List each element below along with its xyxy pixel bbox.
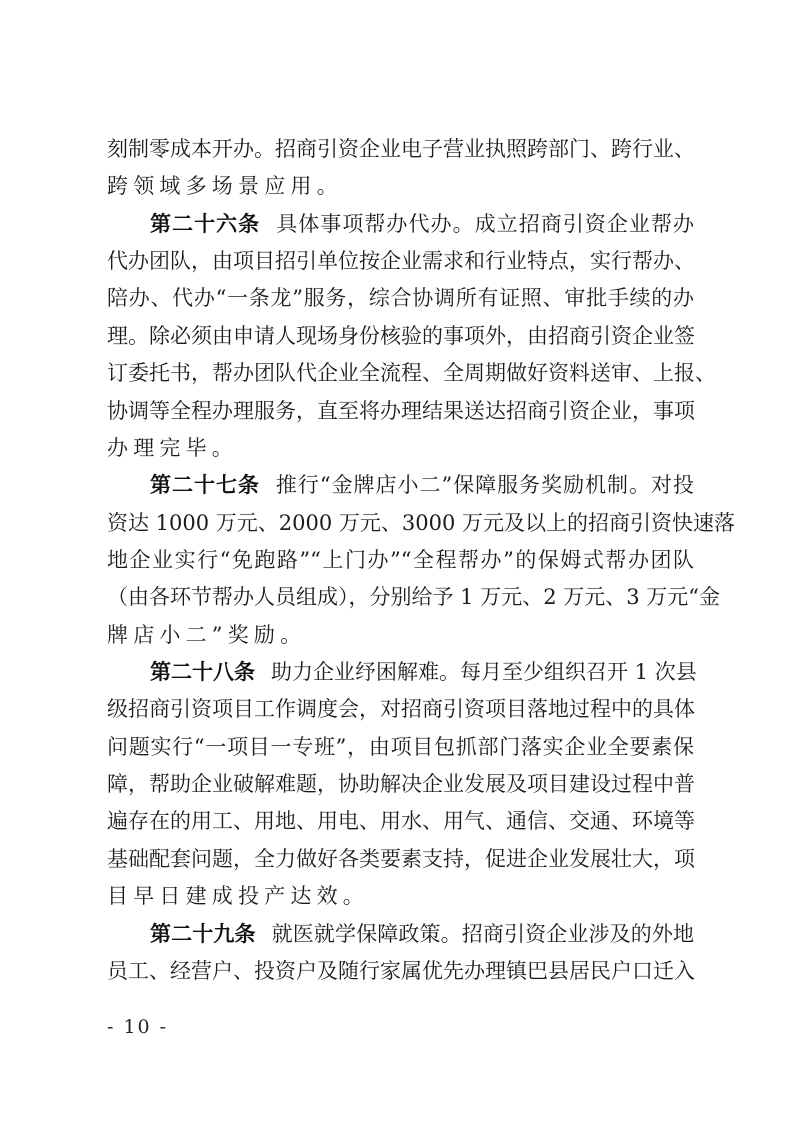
text-line: 目早日建成投产达效。 [107,878,694,915]
article-29-first-line: 第二十九条就医就学保障政策。招商引资企业涉及的外地 [107,916,694,953]
text-line: 问题实行“一项目一专班”，由项目包抓部门落实企业全要素保 [107,729,694,766]
article-27-first-line: 第二十七条推行“金牌店小二”保障服务奖励机制。对投 [107,467,694,504]
text-line: 遍存在的用工、用地、用电、用水、用气、通信、交通、环境等 [107,803,694,840]
article-26-first-line: 第二十六条具体事项帮办代办。成立招商引资企业帮办 [107,206,694,243]
article-text: 助力企业纾困解难。每月至少组织召开 1 次县 [271,660,697,684]
text-line: 员工、经营户、投资户及随行家属优先办理镇巴县居民户口迁入 [107,953,694,990]
article-number: 第二十九条 [150,922,256,946]
text-line: 级招商引资项目工作调度会，对招商引资项目落地过程中的具体 [107,691,694,728]
text-line: 理。除必须由申请人现场身份核验的事项外，由招商引资企业签 [107,318,694,355]
text-line: 办理完毕。 [107,430,694,467]
text-line: 基础配套问题，全力做好各类要素支持，促进企业发展壮大，项 [107,841,694,878]
article-28-first-line: 第二十八条助力企业纾困解难。每月至少组织召开 1 次县 [107,654,694,691]
text-line: 牌店小二”奖励。 [107,617,694,654]
article-number: 第二十八条 [150,660,255,684]
text-line: （由各环节帮办人员组成），分别给予 1 万元、2 万元、3 万元“金 [107,579,694,616]
article-text: 推行“金牌店小二”保障服务奖励机制。对投 [276,473,694,497]
text-line: 跨领域多场景应用。 [107,168,694,205]
text-line: 订委托书，帮办团队代企业全流程、全周期做好资料送审、上报、 [107,355,694,392]
article-number: 第二十六条 [150,212,260,236]
document-body: 刻制零成本开办。招商引资企业电子营业执照跨部门、跨行业、 跨领域多场景应用。 第… [107,131,694,990]
article-number: 第二十七条 [150,473,260,497]
text-line: 协调等全程办理服务，直至将办理结果送达招商引资企业，事项 [107,393,694,430]
text-line: 障，帮助企业破解难题，协助解决企业发展及项目建设过程中普 [107,766,694,803]
text-line: 刻制零成本开办。招商引资企业电子营业执照跨部门、跨行业、 [107,131,694,168]
text-line: 陪办、代办“一条龙”服务，综合协调所有证照、审批手续的办 [107,280,694,317]
article-text: 就医就学保障政策。招商引资企业涉及的外地 [272,922,694,946]
text-line: 代办团队，由项目招引单位按企业需求和行业特点，实行帮办、 [107,243,694,280]
text-line: 地企业实行“免跑路”“上门办”“全程帮办”的保姆式帮办团队 [107,542,694,579]
article-text: 具体事项帮办代办。成立招商引资企业帮办 [276,212,694,236]
text-line: 资达 1000 万元、2000 万元、3000 万元及以上的招商引资快速落 [107,505,694,542]
document-page: 刻制零成本开办。招商引资企业电子营业执照跨部门、跨行业、 跨领域多场景应用。 第… [0,0,793,1122]
page-number: - 10 - [107,1014,168,1040]
